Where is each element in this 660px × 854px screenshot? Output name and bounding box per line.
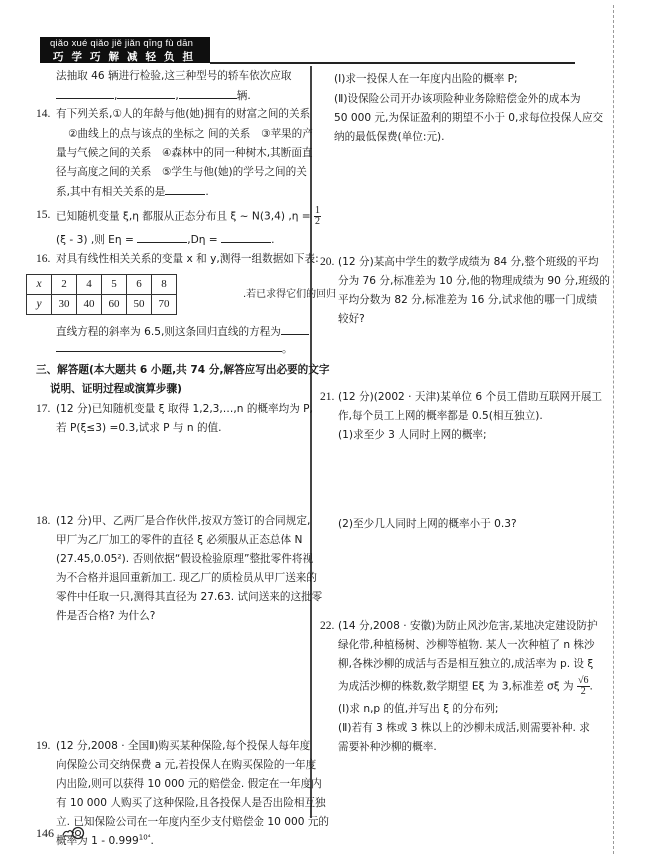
question-number: 16.	[36, 250, 50, 269]
header-rule	[210, 62, 575, 64]
question-number: 22.	[320, 617, 334, 636]
page-number: 146	[36, 826, 54, 841]
answer-blank[interactable]	[179, 86, 237, 99]
answer-blank[interactable]	[165, 182, 205, 195]
question-number: 20.	[320, 253, 334, 272]
question-number: 21.	[320, 388, 334, 407]
question-number: 17.	[36, 400, 50, 419]
question-number: 14.	[36, 105, 50, 124]
xy-data-table: x 2 4 5 6 8 y 30 40 60 50 70	[26, 274, 177, 315]
table-row-y: y 30 40 60 50 70	[27, 295, 177, 315]
fraction: 12	[314, 206, 321, 227]
column-divider	[310, 66, 312, 818]
answer-blank-continued[interactable]	[56, 339, 282, 352]
fraction: √62	[577, 676, 590, 697]
publisher-logo-icon	[62, 824, 86, 840]
table-row-x: x 2 4 5 6 8	[27, 275, 177, 295]
question-number: 19.	[36, 737, 50, 756]
answer-blank[interactable]	[221, 230, 271, 243]
answer-blank[interactable]	[281, 322, 309, 335]
answer-blank[interactable]	[137, 230, 187, 243]
question-number: 18.	[36, 512, 50, 531]
answer-blank[interactable]	[56, 86, 114, 99]
q13-continuation: 法抽取 46 辆进行检验,这三种型号的轿车依次应取	[56, 67, 291, 86]
banner-title: 巧学巧解减轻负担	[53, 49, 201, 64]
page-edge-dashed-line	[613, 5, 614, 854]
q13-answer-blanks: ,,辆.	[56, 86, 251, 106]
answer-blank[interactable]	[117, 86, 175, 99]
book-series-banner: qiǎo xué qiǎo jiě jiǎn qīng fù dān 巧学巧解减…	[40, 37, 210, 63]
q21-part-2: (2)至少几人同时上网的概率小于 0.3?	[338, 515, 517, 534]
banner-pinyin: qiǎo xué qiǎo jiě jiǎn qīng fù dān	[50, 38, 193, 49]
question-number: 15.	[36, 206, 50, 225]
